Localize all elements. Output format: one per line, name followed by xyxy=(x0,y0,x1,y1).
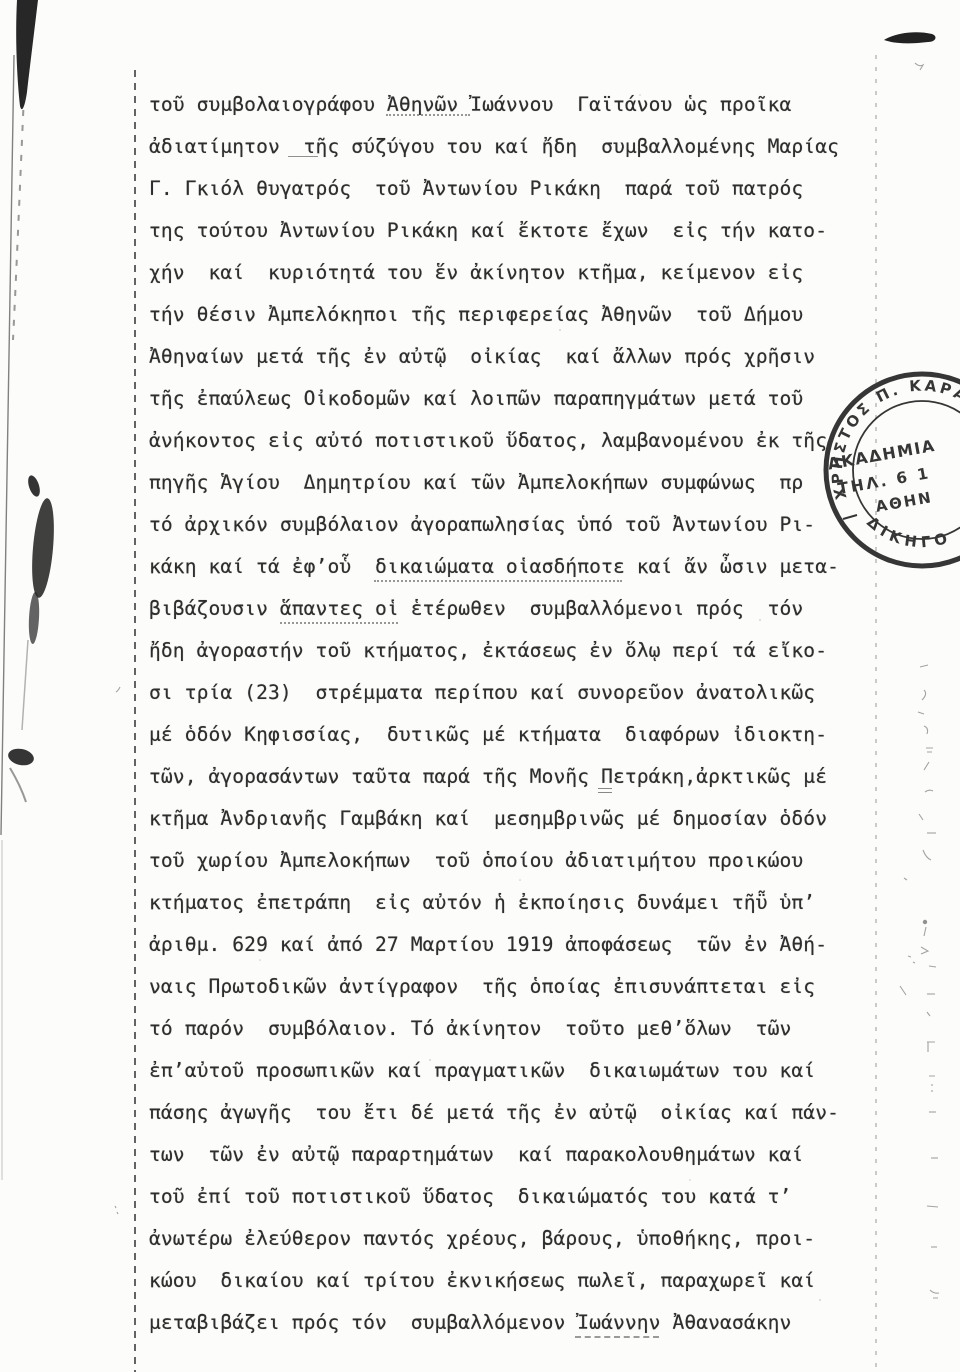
text-line: τό ἀρχικόν συμβόλαιον ἀγοραπωλησίας ὑπό … xyxy=(149,504,869,546)
stamp-inner-ring xyxy=(853,401,960,539)
scan-underline-mark xyxy=(374,580,622,582)
text-line: κώου δικαίου καί τρίτου ἐκνικήσεως πωλεῖ… xyxy=(149,1260,869,1302)
text-line: κτῆμα Ἀνδριανῆς Γαμβάκη καί μεσημβρινῶς … xyxy=(149,798,869,840)
scan-underscore-mark xyxy=(288,156,318,157)
scan-underline-mark xyxy=(386,114,470,116)
text-line: πηγῆς Ἁγίου Δημητρίου καί τῶν Ἀμπελοκήπω… xyxy=(149,462,869,504)
ink-smudge xyxy=(884,32,935,70)
scan-double-underline-mark xyxy=(598,788,612,793)
scan-underline-mark xyxy=(575,1336,659,1338)
text-line: μέ ὁδόν Κηφισσίας, δυτικῶς μέ κτήματα δι… xyxy=(149,714,869,756)
deed-text-block: τοῦ συμβολαιογράφου Ἀθηνῶν Ἰωάννου Γαϊτά… xyxy=(149,84,869,1344)
text-line: τοῦ χωρίου Ἀμπελοκήπων τοῦ ὁποίου ἀδιατι… xyxy=(149,840,869,882)
text-line: τοῦ συμβολαιογράφου Ἀθηνῶν Ἰωάννου Γαϊτά… xyxy=(149,84,869,126)
text-line: ναις Πρωτοδικῶν ἀντίγραφον τῆς ὁποίας ἐπ… xyxy=(149,966,869,1008)
stamp-ring-bottom-text: ΔΙΚΗΓΟ xyxy=(863,513,954,552)
text-line: μεταβιβάζει πρός τόν συμβαλλόμενον Ἰωάνν… xyxy=(149,1302,869,1344)
text-line: πάσης ἀγωγῆς του ἔτι δέ μετά τῆς ἐν αὐτῷ… xyxy=(149,1092,869,1134)
scanned-page: { "page": { "paper_color": "#fcfcfa", "i… xyxy=(0,0,960,1372)
text-line: ἤδη ἀγοραστήν τοῦ κτήματος, ἐκτάσεως ἐν … xyxy=(149,630,869,672)
text-line: ἀριθμ. 629 καί ἀπό 27 Μαρτίου 1919 ἀποφά… xyxy=(149,924,869,966)
text-line: ἀνωτέρω ἐλεύθερον παντός χρέους, βάρους,… xyxy=(149,1218,869,1260)
text-line: κτήματος ἐπετράπη εἰς αὐτόν ἡ ἐκποίησις … xyxy=(149,882,869,924)
text-line: ἐπ’αὐτοῦ προσωπικῶν καί πραγματικῶν δικα… xyxy=(149,1050,869,1092)
text-line: βιβάζουσιν ἅπαντες οἱ ἑτέρωθεν συμβαλλόμ… xyxy=(149,588,869,630)
text-line: τῆς ἐπαύλεως Οἰκοδομῶν καί λοιπῶν παραπη… xyxy=(149,378,869,420)
text-line: τήν θέσιν Ἀμπελόκηποι τῆς περιφερείας Ἀθ… xyxy=(149,294,869,336)
scan-underline-mark xyxy=(280,622,398,624)
binding-smudge xyxy=(1,0,57,1180)
text-line: τό παρόν συμβόλαιον. Τό ἀκίνητον τοῦτο μ… xyxy=(149,1008,869,1050)
text-line: της τούτου Ἀντωνίου Ρικάκη καί ἔκτοτε ἔχ… xyxy=(149,210,869,252)
right-margin-rule xyxy=(875,55,877,1372)
text-line: χήν καί κυριότητά του ἕν ἀκίνητον κτῆμα,… xyxy=(149,252,869,294)
text-line: ἀνήκοντος εἰς αὐτό ποτιστικοῦ ὕδατος, λα… xyxy=(149,420,869,462)
text-line: των τῶν ἐν αὐτῷ παραρτημάτων καί παρακολ… xyxy=(149,1134,869,1176)
text-line: τοῦ ἐπί τοῦ ποτιστικοῦ ὕδατος δικαιώματό… xyxy=(149,1176,869,1218)
text-line: Γ. Γκιόλ θυγατρός τοῦ Ἀντωνίου Ρικάκη πα… xyxy=(149,168,869,210)
text-line: Ἀθηναίων μετά τῆς ἐν αὐτῷ οἰκίας καί ἄλλ… xyxy=(149,336,869,378)
text-line: τῶν, ἀγορασάντων ταῦτα παρά τῆς Μονῆς Πε… xyxy=(149,756,869,798)
left-margin-rule xyxy=(134,70,136,1372)
stamp-center-line3: ΑΘΗΝ xyxy=(874,488,934,516)
text-line: σι τρία (23) στρέμματα περίπου καί συνορ… xyxy=(149,672,869,714)
text-line: ἀδιατίμητον τῆς σύζύγου του καί ἤδη συμβ… xyxy=(149,126,869,168)
